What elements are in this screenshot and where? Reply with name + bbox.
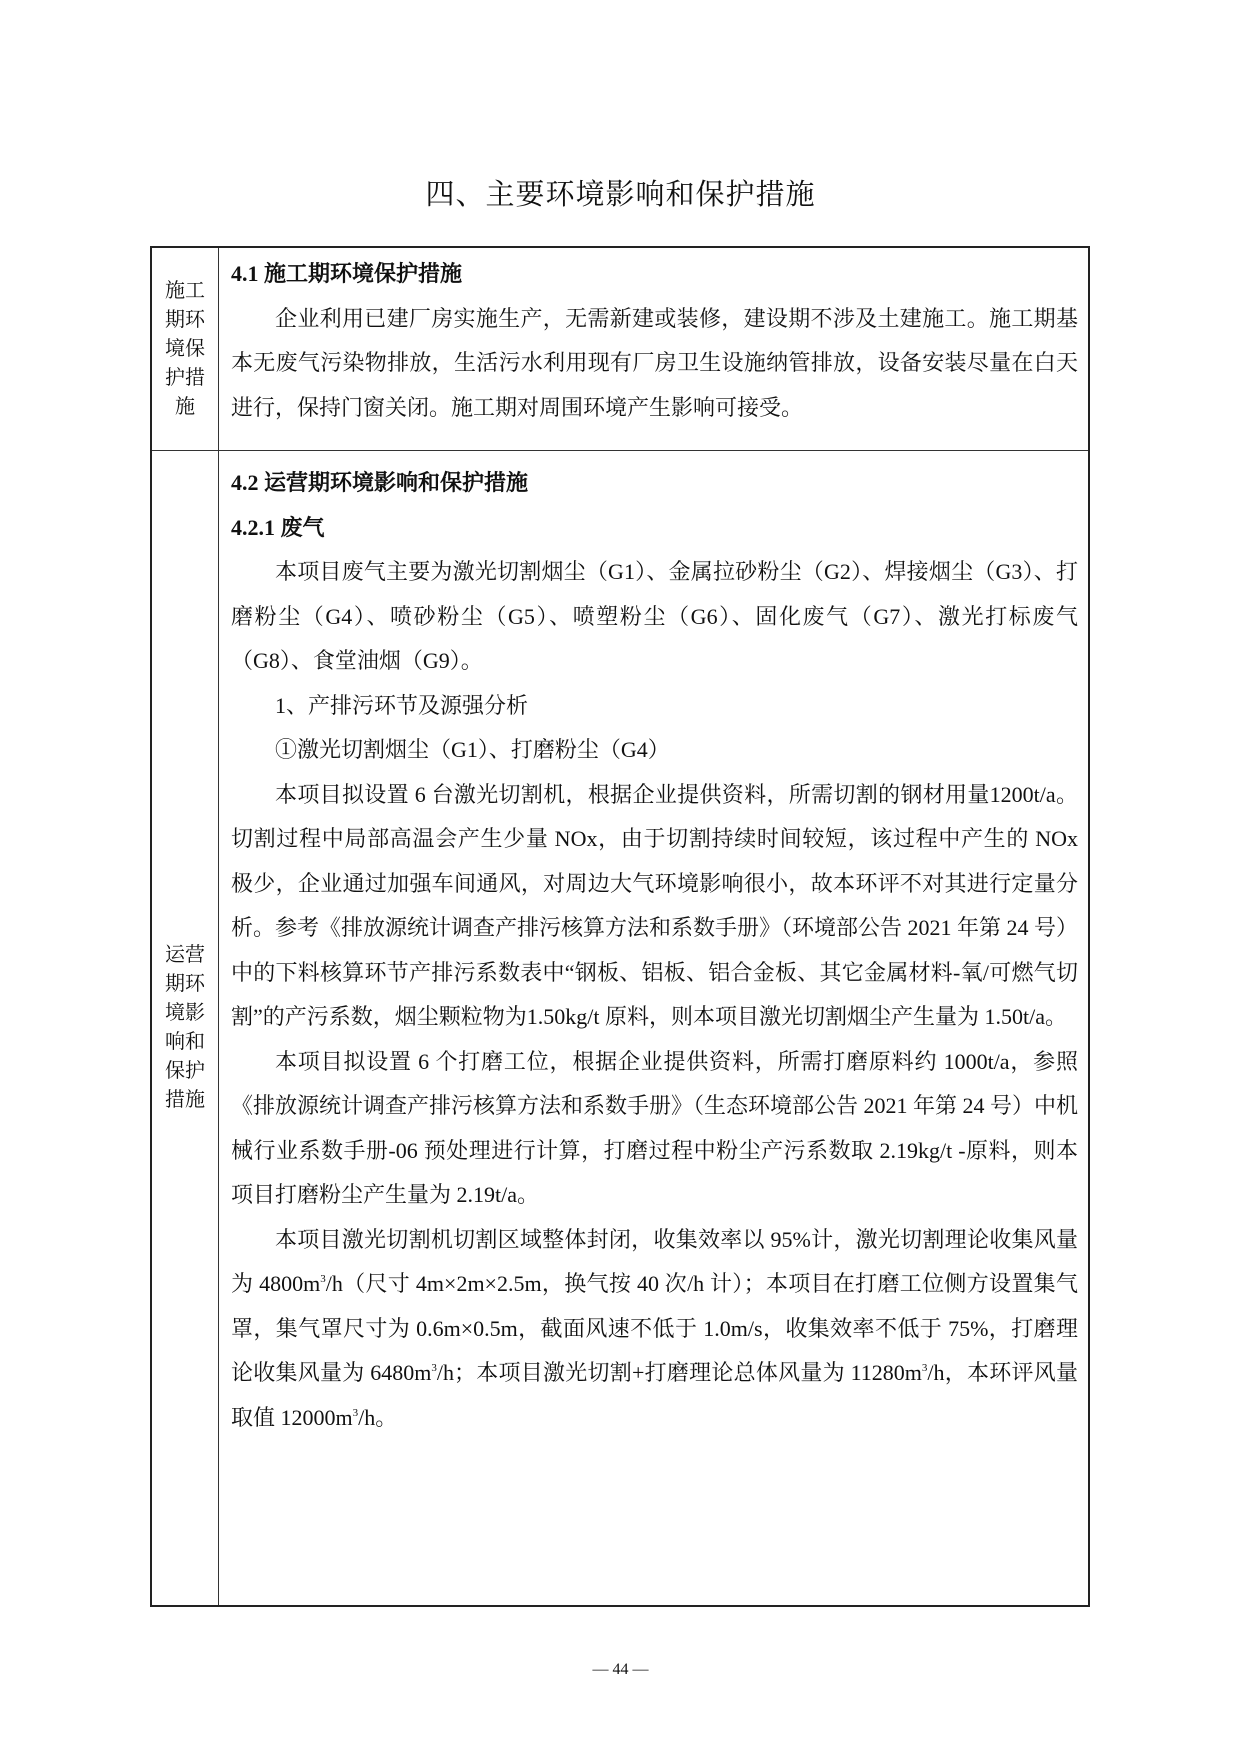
paragraph-airflow: 本项目激光切割机切割区域整体封闭，收集效率以 95%计，激光切割理论收集风量为 … (231, 1218, 1078, 1441)
paragraph: 企业利用已建厂房实施生产，无需新建或装修，建设期不涉及土建施工。施工期基本无废气… (231, 297, 1078, 431)
measures-table: 施工期环境保护措施 4.1 施工期环境保护措施 企业利用已建厂房实施生产，无需新… (150, 246, 1090, 1607)
side-label-construction: 施工期环境保护措施 (151, 247, 219, 451)
operation-content: 4.2 运营期环境影响和保护措施 4.2.1 废气 本项目废气主要为激光切割烟尘… (219, 451, 1090, 1607)
construction-content: 4.1 施工期环境保护措施 企业利用已建厂房实施生产，无需新建或装修，建设期不涉… (219, 247, 1090, 451)
side-label-operation: 运营期环境影响和保护措施 (151, 451, 219, 1607)
side-label-text: 运营期环境影响和保护措施 (163, 941, 207, 1115)
table-row-construction: 施工期环境保护措施 4.1 施工期环境保护措施 企业利用已建厂房实施生产，无需新… (151, 247, 1089, 451)
paragraph-intro: 本项目废气主要为激光切割烟尘（G1）、金属拉砂粉尘（G2）、焊接烟尘（G3）、打… (231, 550, 1078, 684)
list-item-1a: ①激光切割烟尘（G1）、打磨粉尘（G4） (231, 728, 1078, 773)
paragraph-grinding: 本项目拟设置 6 个打磨工位，根据企业提供资料，所需打磨原料约 1000t/a，… (231, 1040, 1078, 1218)
paragraph-laser-cutting: 本项目拟设置 6 台激光切割机，根据企业提供资料，所需切割的钢材用量1200t/… (231, 773, 1078, 1040)
subsection-heading: 4.2.1 废气 (231, 506, 1078, 551)
text-span: /h；本项目激光切割+打磨理论总体风量为 11280m (437, 1360, 922, 1385)
section-heading: 4.1 施工期环境保护措施 (231, 252, 1078, 297)
page-number: — 44 — (0, 1661, 1241, 1679)
text-span: /h。 (358, 1405, 397, 1430)
section-heading: 4.2 运营期环境影响和保护措施 (231, 461, 1078, 506)
list-item-1: 1、产排污环节及源强分析 (231, 684, 1078, 729)
side-label-text: 施工期环境保护措施 (163, 277, 207, 422)
page-title: 四、主要环境影响和保护措施 (0, 172, 1241, 213)
table-row-operation: 运营期环境影响和保护措施 4.2 运营期环境影响和保护措施 4.2.1 废气 本… (151, 451, 1089, 1607)
